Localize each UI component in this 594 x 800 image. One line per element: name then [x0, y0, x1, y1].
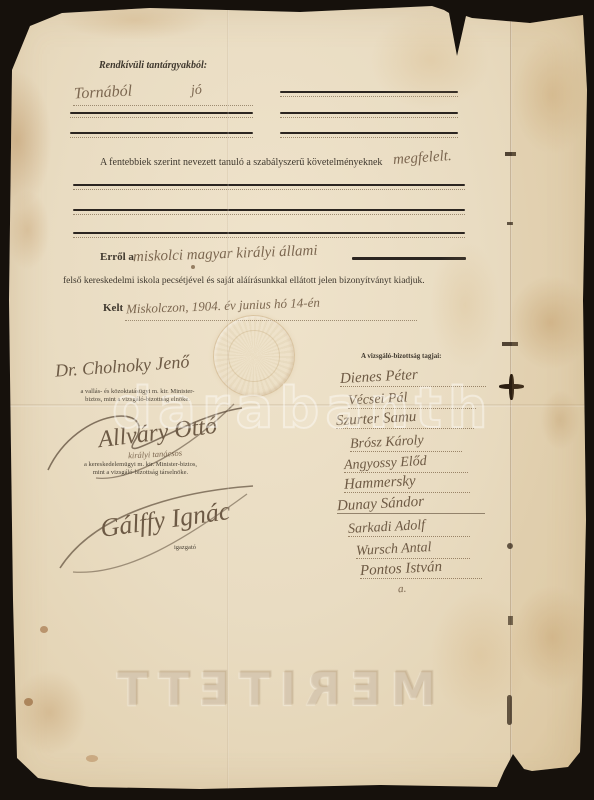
stain-speck [24, 698, 33, 706]
entry-dotted-line [280, 117, 458, 118]
ink-blot [502, 342, 518, 346]
committee-member-name: Szurter Samu [336, 409, 417, 430]
scanned-certificate-photo: { "document": { "section_extraordinary":… [0, 0, 594, 800]
entry-dotted-line [70, 137, 253, 138]
entry-dotted-line [73, 237, 465, 238]
strike-rule [352, 257, 466, 260]
dateline-handwritten: Miskolczon, 1904. év junius hó 14-én [126, 295, 320, 318]
entry-dotted-line [280, 137, 458, 138]
entry-dotted-line [73, 105, 253, 106]
blank-rule [73, 184, 465, 186]
dateline-prefix-printed: Kelt [103, 302, 123, 314]
blank-rule [73, 209, 465, 211]
compliance-statement-handwritten: megfelelt. [392, 148, 452, 169]
blank-rule [280, 112, 458, 114]
ink-blot [507, 222, 513, 225]
certificate-page: Rendkívüli tantárgyakból: Tornából jó A … [0, 0, 594, 800]
stain [508, 275, 593, 370]
committee-member-name: Vécsei Pál [348, 390, 408, 409]
blank-rule [70, 112, 253, 114]
caption-line: mint a vizsgáló-bizottság társelnöke. [48, 469, 233, 477]
committee-heading: A vizsgáló-bizottság tagjai: [361, 352, 442, 360]
stain [12, 670, 87, 755]
signature-director: Gálffy Ignác [99, 496, 233, 544]
committee-member-row: Hammersky [344, 474, 470, 493]
committee-member-row: Szurter Samu [336, 410, 474, 429]
committee-member-name: Wursch Antal [356, 540, 432, 560]
stain [512, 35, 592, 155]
entry-dotted-line [70, 117, 253, 118]
stain [540, 390, 580, 450]
caption-line: a vallás- és közoktatásügyi m. kir. Mini… [45, 388, 230, 396]
committee-member-row: Vécsei Pál [348, 390, 476, 409]
committee-member-name: Dienes Péter [340, 367, 419, 388]
entry-dotted-line [280, 96, 458, 97]
director-role-caption: igazgató [150, 544, 220, 552]
committee-member-name: Hammersky [344, 473, 416, 494]
committee-member-row: Pontos István [360, 560, 482, 579]
compliance-statement-printed: A fentebbiek szerint nevezett tanuló a s… [100, 157, 400, 168]
committee-member-row: Brósz Károly [350, 433, 462, 452]
stain-speck [86, 755, 98, 762]
ink-blot [507, 543, 513, 549]
issuance-body-printed: felső kereskedelmi iskola pecsétjével és… [63, 276, 463, 286]
stain [370, 10, 490, 110]
embossed-paper-text: MERITETT [108, 662, 436, 716]
stain [512, 585, 592, 690]
blank-rule [280, 132, 458, 134]
horizontal-fold-crease [10, 404, 588, 407]
committee-member-name: Sarkadi Adolf [348, 518, 426, 538]
vertical-fold-crease [510, 0, 512, 800]
committee-member-name: Brósz Károly [350, 433, 425, 453]
committee-member-row: Wursch Antal [356, 540, 470, 559]
stain [430, 590, 530, 720]
entry-dotted-line [73, 214, 465, 215]
extraordinary-subjects-heading: Rendkívüli tantárgyakból: [99, 60, 207, 71]
ink-blot [508, 616, 513, 625]
embossed-seal [213, 315, 295, 397]
committee-member-row: Dunay Sándor [337, 495, 485, 514]
entry-dotted-line [73, 189, 465, 190]
committee-member-row: Sarkadi Adolf [348, 518, 470, 537]
ink-blot [505, 152, 516, 156]
ink-blot-cross [499, 384, 524, 389]
blank-rule [70, 132, 253, 134]
caption-line: a kereskedelemügyi m. kir. Minister-bizt… [48, 461, 233, 469]
stain [5, 190, 50, 270]
subject-grade-handwritten: jó [190, 83, 202, 100]
subject-name-handwritten: Tornából [74, 82, 133, 103]
committee-member-row: Angyossy Előd [344, 454, 468, 473]
stain-speck [191, 265, 195, 269]
ink-blot-cross [509, 374, 514, 400]
signature-2-caption: a kereskedelemügyi m. kir. Minister-bizt… [48, 461, 233, 477]
blank-rule [73, 232, 465, 234]
committee-member-name: Pontos István [360, 559, 443, 580]
ink-blot [507, 695, 512, 725]
committee-member-name: Angyossy Előd [344, 454, 428, 474]
caption-line: biztos, mint a vizsgáló-bizottság elnöke… [45, 396, 230, 404]
stain [0, 70, 52, 210]
signature-1-caption: a vallás- és közoktatásügyi m. kir. Mini… [45, 388, 230, 404]
blank-rule [280, 91, 458, 93]
folded-strip-tint [512, 0, 588, 800]
committee-member-name: Dunay Sándor [337, 494, 425, 516]
committee-flourish: a. [397, 583, 406, 596]
school-name-handwritten: miskolci magyar királyi állami [133, 243, 318, 266]
committee-member-row: Dienes Péter [340, 368, 486, 387]
issuance-prefix-printed: Erről a [100, 251, 134, 263]
stain-speck [40, 626, 48, 633]
signature-2-note-handwritten: királyi tanácsos [128, 448, 183, 461]
signature-commissioner-1: Dr. Cholnoky Jenő [54, 351, 190, 381]
stain [60, 0, 210, 40]
